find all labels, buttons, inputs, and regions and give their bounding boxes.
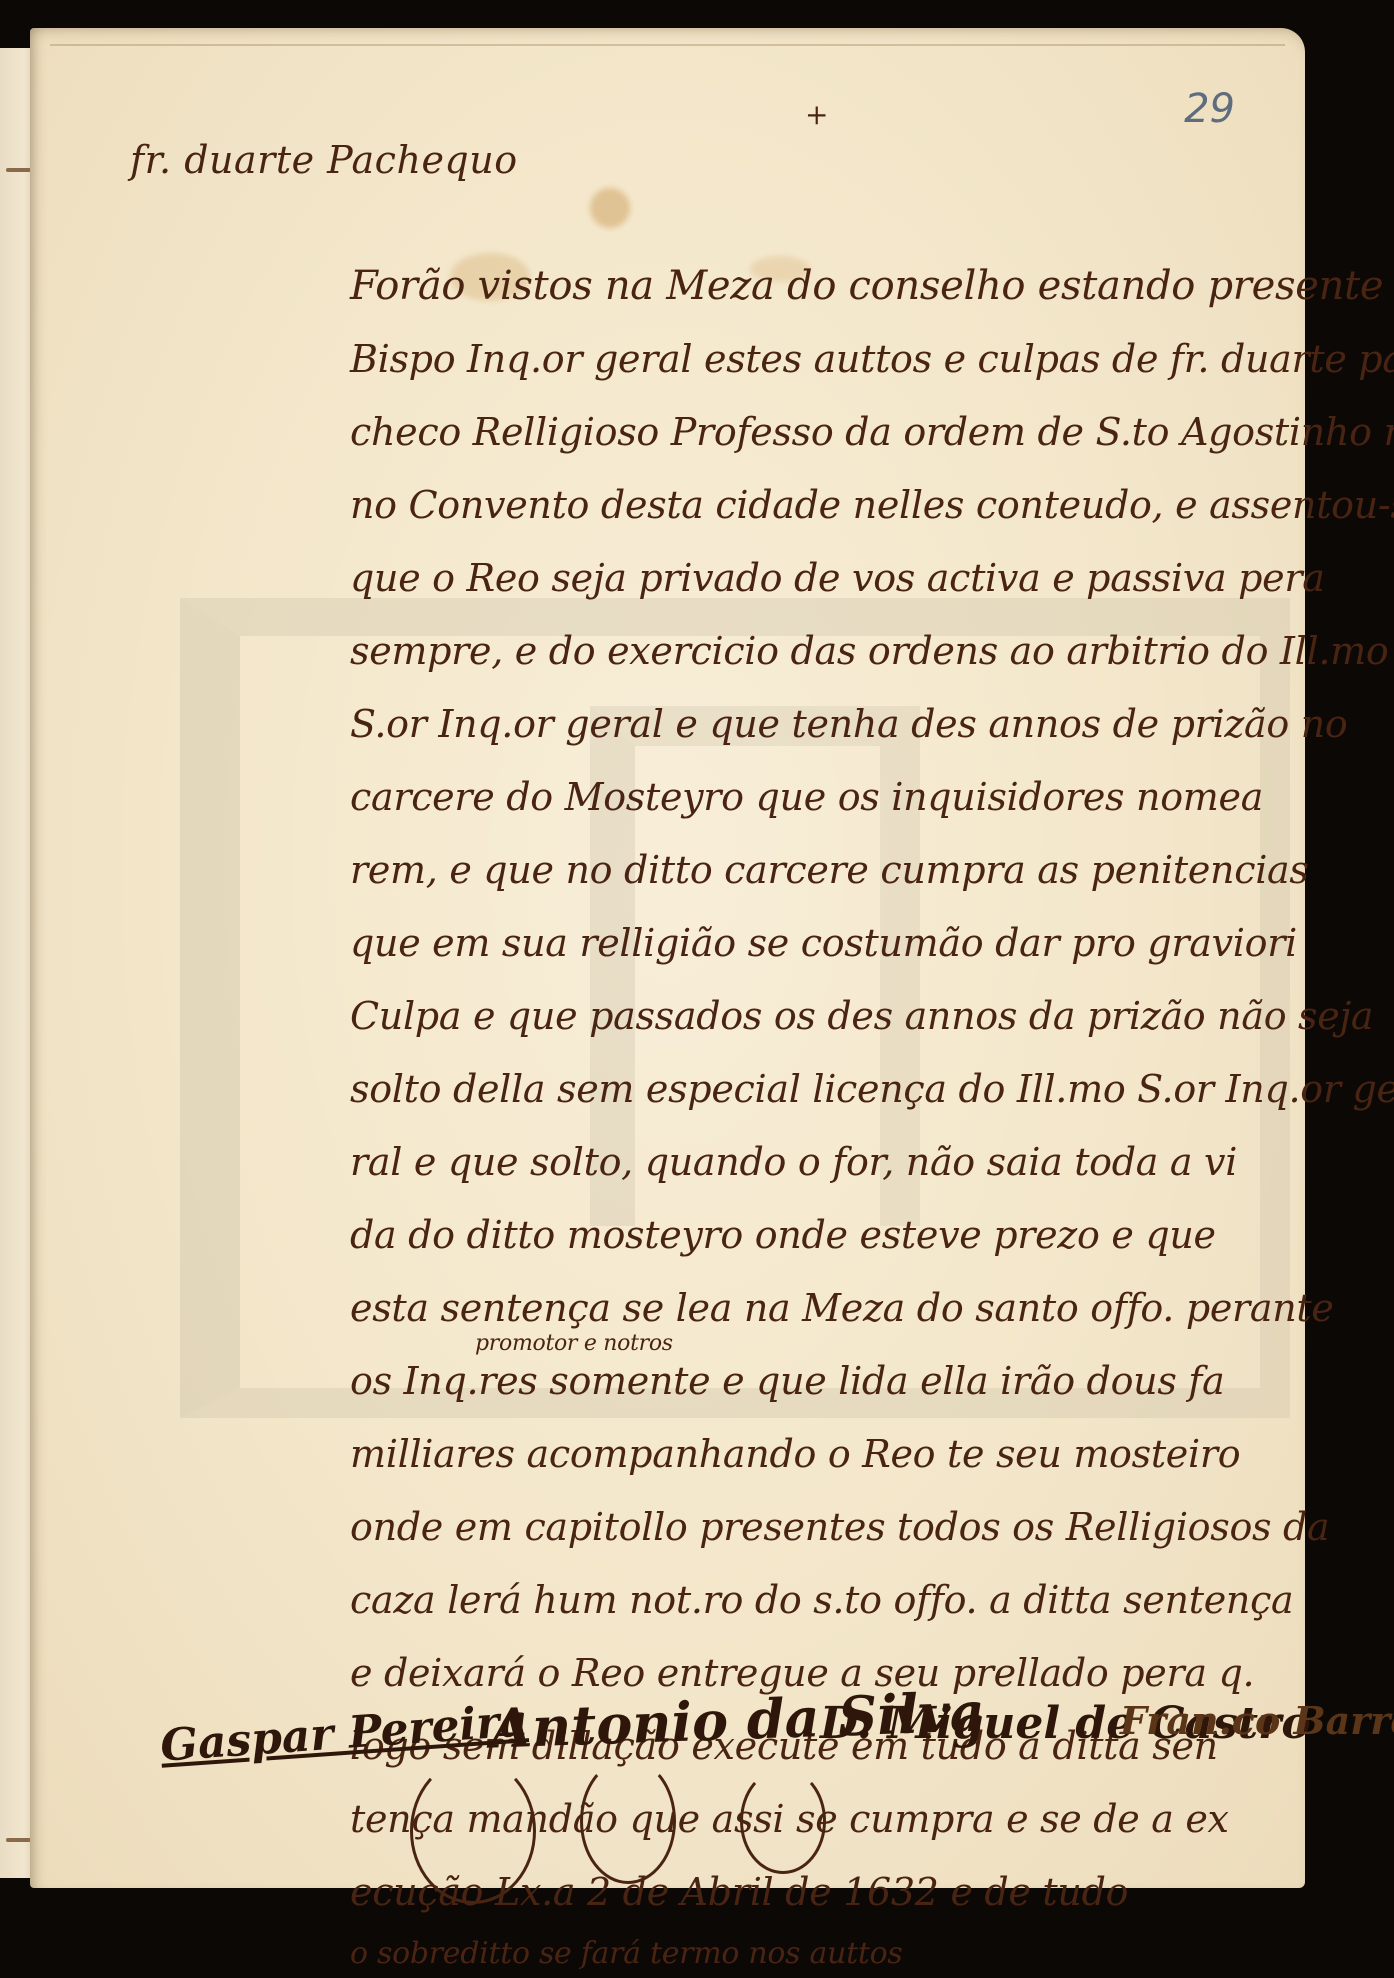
signatures-block: Gaspar Pereira Antonio da Silva D. Migue…: [160, 1668, 1360, 1888]
signature-flourish: [740, 1768, 826, 1874]
folio-number: 29: [1184, 86, 1235, 132]
text-line: que em sua relligião se costumão dar pro…: [350, 907, 1310, 980]
text-line: Bispo Inq.or geral estes auttos e culpas…: [350, 323, 1310, 396]
interlinear-insertion: promotor e notros: [475, 1333, 673, 1355]
text-line: da do ditto mosteyro onde esteve prezo e…: [350, 1199, 1310, 1272]
text-line: checo Relligioso Professo da ordem de S.…: [350, 396, 1310, 469]
text-line: milliares acompanhando o Reo te seu most…: [350, 1418, 1310, 1491]
text-line: Forão vistos na Meza do conselho estando…: [350, 250, 1310, 323]
text-line: que o Reo seja privado de vos activa e p…: [350, 542, 1310, 615]
text-line: onde em capitollo presentes todos os Rel…: [350, 1491, 1310, 1564]
text-line: caza lerá hum not.ro do s.to offo. a dit…: [350, 1564, 1310, 1637]
text-line: solto della sem especial licença do Ill.…: [350, 1053, 1310, 1126]
text-line: ral e que solto, quando o for, não saia …: [350, 1126, 1310, 1199]
text-line-content: os Inq.res somente e que lida ella irão …: [350, 1359, 1224, 1403]
text-line: carcere do Mosteyro que os inquisidores …: [350, 761, 1310, 834]
text-line: sempre, e do exercicio das ordens ao arb…: [350, 615, 1310, 688]
text-line: rem, e que no ditto carcere cumpra as pe…: [350, 834, 1310, 907]
text-line: o sobreditto se fará termo nos auttos: [350, 1929, 1310, 1978]
text-line: S.or Inq.or geral e que tenha des annos …: [350, 688, 1310, 761]
ink-stain: [590, 188, 630, 228]
text-line: no Convento desta cidade nelles conteudo…: [350, 469, 1310, 542]
document-header-name: fr. duarte Pachequo: [130, 138, 518, 182]
signature-flourish: [410, 1758, 536, 1904]
signature-flourish: [580, 1758, 676, 1884]
manuscript-page: + 29 fr. duarte Pachequo Forão vistos na…: [30, 28, 1305, 1888]
page-fold-line: [50, 44, 1285, 46]
text-line-with-insertion: promotor e notros os Inq.res somente e q…: [350, 1345, 1310, 1418]
text-line: Culpa e que passados os des annos da pri…: [350, 980, 1310, 1053]
signature: Fran.co Barreto: [1120, 1698, 1394, 1743]
cross-mark: +: [805, 98, 828, 131]
